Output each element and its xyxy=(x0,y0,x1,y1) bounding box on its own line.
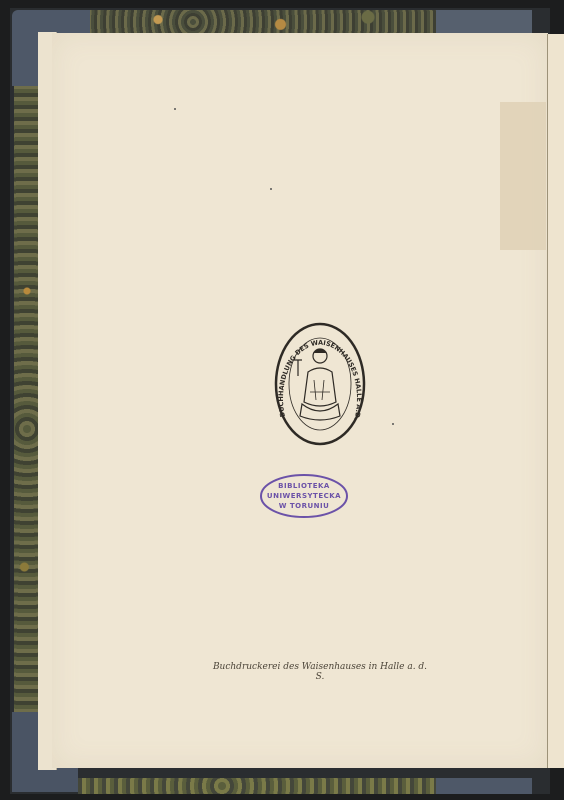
publisher-seal: BUCHHANDLUNG DES WAISENHAUSES HALLE A.D.… xyxy=(272,320,368,448)
marbled-cover-top xyxy=(88,10,438,34)
cloth-spine-bottom xyxy=(436,778,532,794)
marbled-cover-left xyxy=(14,84,40,774)
stamp-line-1: BIBLIOTEKA xyxy=(258,482,350,490)
paper-speck xyxy=(392,423,394,425)
cloth-spine-top xyxy=(436,10,532,34)
printer-imprint: Buchdruckerei des Waisenhauses in Halle … xyxy=(210,662,430,682)
library-ownership-stamp: BIBLIOTEKA UNIWERSYTECKA W TORUNIU xyxy=(258,472,350,520)
paper-speck xyxy=(174,108,176,110)
marbled-cover-bottom xyxy=(78,778,438,794)
tape-repair xyxy=(500,102,546,250)
paper-speck xyxy=(270,188,272,190)
stamp-line-3: W TORUNIU xyxy=(258,502,350,510)
facing-page-edge xyxy=(547,34,564,768)
seated-figure-seal-icon: BUCHHANDLUNG DES WAISENHAUSES HALLE A.D.… xyxy=(272,320,368,448)
stamp-line-2: UNIWERSYTECKA xyxy=(258,492,350,500)
